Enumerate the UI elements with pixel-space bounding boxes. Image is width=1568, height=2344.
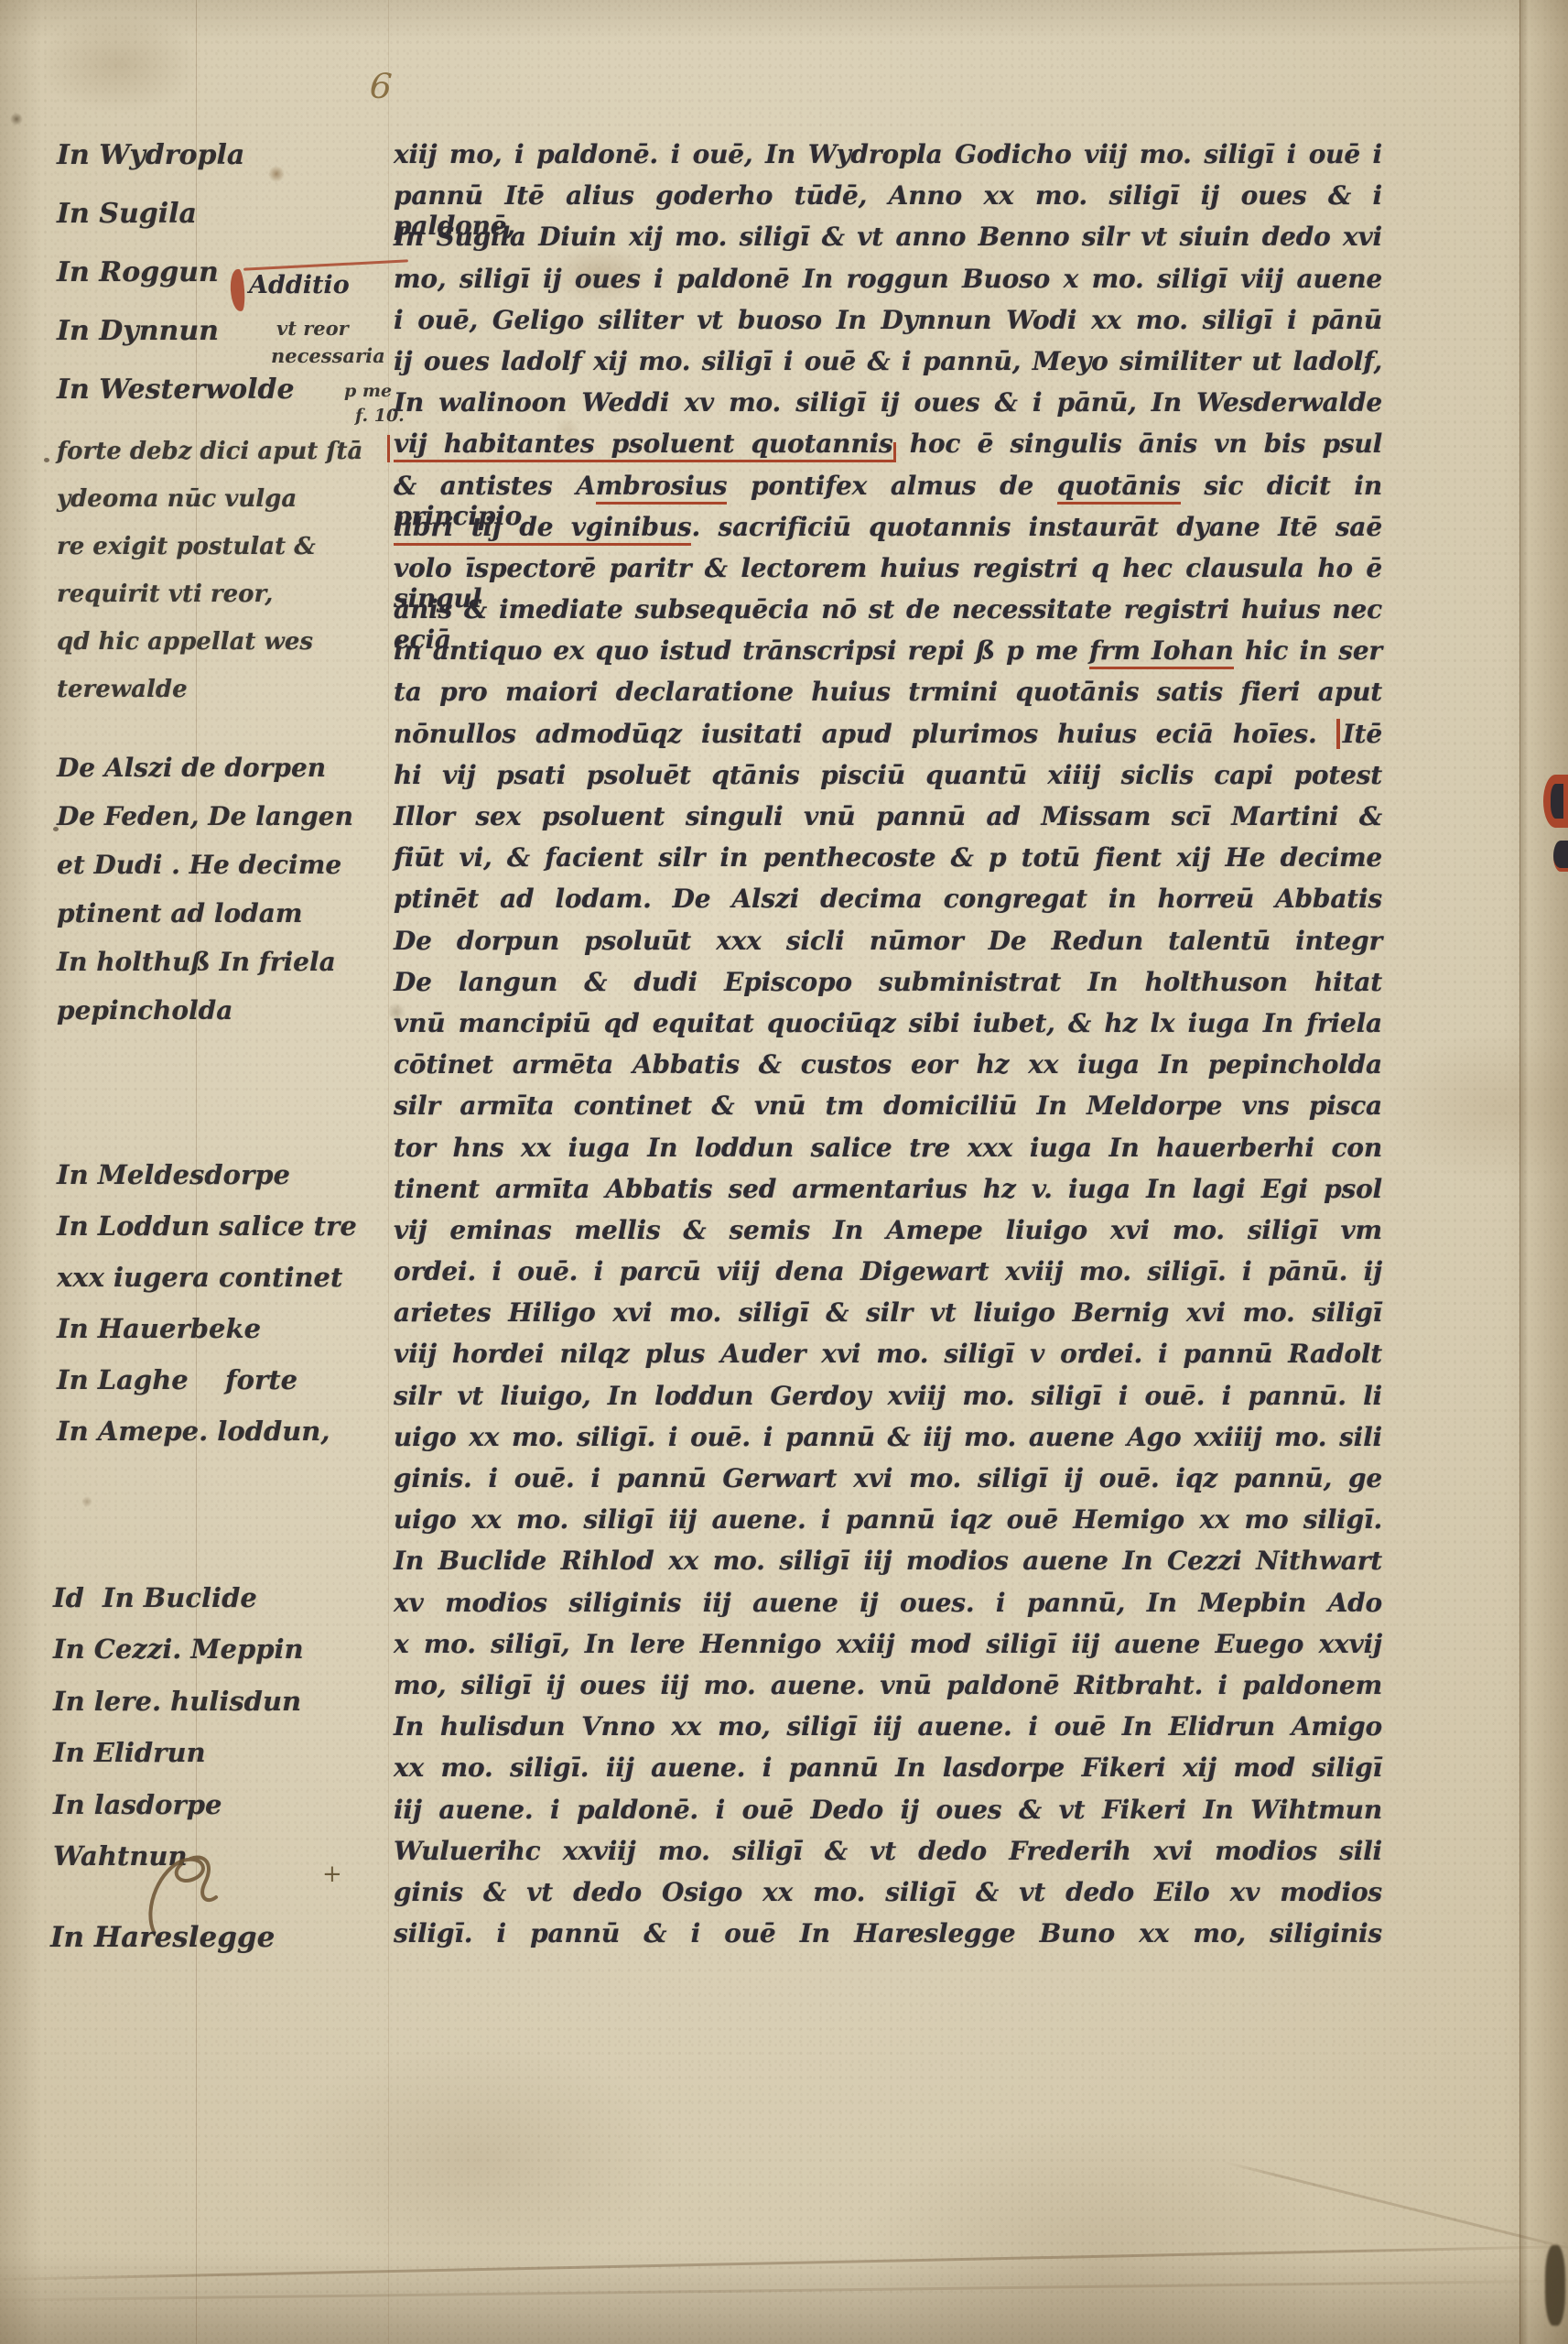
manuscript-line: ordei. i ouē. i parcū viij dena Digewart… [394, 1256, 1382, 1297]
edge-dark-mark [1545, 2245, 1565, 2326]
additio-gloss-line: necessaria [271, 344, 385, 367]
manuscript-line: xv modios siliginis iij auene ij oues. i… [394, 1588, 1382, 1629]
manuscript-line: tinent armīta Abbatis sed armentarius hz… [394, 1174, 1382, 1215]
additio-gloss-line: vt reor [276, 317, 349, 340]
prick-mark [53, 827, 59, 831]
manuscript-line: vij eminas mellis & semis In Amepe liuig… [394, 1215, 1382, 1256]
facing-page-initial-fragment [1553, 841, 1568, 872]
margin-note-line: Id In Buclide [53, 1582, 304, 1633]
margin-note-line: In Cezzi. Meppin [53, 1633, 304, 1685]
manuscript-line-text: hoc ē singulis ānis vn bis psul [893, 429, 1383, 459]
manuscript-line: De dorpun psoluūt xxx sicli nūmor De Red… [394, 926, 1382, 967]
manuscript-line: cōtinet armēta Abbatis & custos eor hz x… [394, 1049, 1382, 1091]
margin-note-line: In Dynnun [57, 315, 295, 374]
margin-note-line: In Westerwolde [57, 374, 295, 432]
manuscript-line: fiūt vi, & facient silr in penthecoste &… [394, 842, 1382, 884]
manuscript-line-text: pontifex almus de [727, 471, 1056, 501]
margin-note-line: In Meldesdorpe [57, 1159, 357, 1210]
manuscript-line: xx mo. siligī. iij auene. i pannū In las… [394, 1753, 1382, 1794]
margin-gloss-line: terewalde [57, 676, 362, 723]
manuscript-line: mo, siligī ij oues i paldonē In roggun B… [394, 264, 1382, 305]
manuscript-line: Wuluerihc xxviij mo. siligī & vt dedo Fr… [394, 1836, 1382, 1877]
margin-note-line: In Laghe forte [57, 1364, 357, 1416]
facing-page-initial-fragment [1543, 775, 1568, 828]
additio-note: Additio [249, 271, 350, 299]
margin-note-block-placenames-mid: In Meldesdorpe In Loddun salice tre xxx … [57, 1159, 357, 1467]
margin-note-line: De Alszi de dorpen [57, 753, 353, 801]
margin-note-line: In lasdorpe [53, 1789, 304, 1840]
manuscript-page: 6 In Wydropla In Sugila In Roggun In Dyn… [0, 0, 1568, 2344]
cross-mark: + [322, 1861, 342, 1888]
margin-note-line: et Dudi . He decime [57, 850, 353, 898]
margin-note-line: In Elidrun [53, 1737, 304, 1788]
margin-note-line: In Sugila [57, 198, 295, 256]
manuscript-line: mo, siligī ij oues iij mo. auene. vnū pa… [394, 1670, 1382, 1711]
manuscript-line: De langun & dudi Episcopo subministrat I… [394, 967, 1382, 1008]
manuscript-line: silr vt liuigo, In loddun Gerdoy xviij m… [394, 1381, 1382, 1422]
manuscript-line: vij habitantes psoluent quotannis hoc ē … [394, 429, 1382, 470]
prick-mark [44, 458, 49, 462]
manuscript-line: x mo. siligī, In lere Hennigo xxiij mod … [394, 1629, 1382, 1670]
manuscript-line: viij hordei nilqz plus Auder xvi mo. sil… [394, 1339, 1382, 1380]
main-text-column: xiij mo, i paldonē. i ouē, In Wydropla G… [394, 139, 1382, 1959]
margin-gloss-line: ydeoma nūc vulga [57, 485, 362, 533]
margin-note-line: xxx iugera continet [57, 1262, 357, 1313]
manuscript-line: In hulisdun Vnno xx mo, siligī iij auene… [394, 1711, 1382, 1753]
margin-note-line: In lere. hulisdun [53, 1686, 304, 1737]
folio-number: 6 [368, 65, 393, 107]
margin-note-line: In Wydropla [57, 139, 295, 198]
margin-gloss-line: qd hic appellat wes [57, 628, 362, 676]
reference-note: p me [344, 381, 392, 401]
margin-gloss-line: requirit vti reor, [57, 581, 362, 628]
manuscript-line: ij oues ladolf xij mo. siligī i ouē & i … [394, 346, 1382, 387]
margin-note-line: In Hareslegge [50, 1921, 275, 1954]
margin-note-line: In Hauerbeke [57, 1313, 357, 1364]
manuscript-line-text: in antiquo ex quo istud trānscripsi repi… [394, 635, 1089, 666]
manuscript-line: ginis. i ouē. i pannū Gerwart xvi mo. si… [394, 1463, 1382, 1504]
margin-gloss-line: re exigit postulat & [57, 533, 362, 581]
manuscript-line: uigo xx mo. siligī iij auene. i pannū iq… [394, 1504, 1382, 1546]
manuscript-line: siligī. i pannū & i ouē In Hareslegge Bu… [394, 1918, 1382, 1959]
manuscript-line: in antiquo ex quo istud trānscripsi repi… [394, 635, 1382, 677]
margin-note-line: In Loddun salice tre [57, 1210, 357, 1262]
manuscript-line: Illor sex psoluent singuli vnū pannū ad … [394, 801, 1382, 842]
rubricated-phrase: frm Iohan [1089, 635, 1234, 669]
manuscript-line: & antistes Ambrosius pontifex almus de q… [394, 471, 1382, 512]
manuscript-line: uigo xx mo. siligī. i ouē. i pannū & iij… [394, 1422, 1382, 1463]
margin-note-block-hareslegge: In Hareslegge [50, 1921, 275, 1954]
margin-gloss-block: forte debz dici aput ſtā ydeoma nūc vulg… [57, 438, 362, 723]
ruling-line [388, 0, 389, 2344]
page-edge-fold [1519, 0, 1568, 2344]
manuscript-line: volo īspectorē paritr & lectorem huius r… [394, 553, 1382, 594]
manuscript-line: nōnullos admodūqz iusitati apud plurimos… [394, 719, 1382, 760]
margin-note-line: De Feden, De langen [57, 801, 353, 850]
manuscript-line: vnū mancipiū qd equitat quociūqz sibi iu… [394, 1008, 1382, 1049]
margin-note-line: In holthuß In friela [57, 947, 353, 995]
manuscript-line-text: & antistes A [394, 471, 596, 501]
rubricated-phrase: libri tij de vginibus [394, 512, 691, 546]
manuscript-line: In Sugila Diuin xij mo. siligī & vt anno… [394, 222, 1382, 263]
fold-crease [0, 2245, 1568, 2282]
manuscript-line-text: hic in ser [1234, 635, 1382, 666]
fold-crease [0, 2279, 1568, 2302]
manuscript-line: xiij mo, i paldonē. i ouē, In Wydropla G… [394, 139, 1382, 180]
manuscript-line: In Buclide Rihlod xx mo. siligī iij modi… [394, 1546, 1382, 1587]
manuscript-line-text: . sacrificiū quotannis instaurāt dyane I… [691, 512, 1382, 542]
manuscript-line: libri tij de vginibus. sacrificiū quotan… [394, 512, 1382, 553]
rubricated-phrase: mbrosius [596, 471, 728, 505]
margin-gloss-line: forte debz dici aput ſtā [57, 438, 362, 485]
manuscript-line: ginis & vt dedo Osigo xx mo. siligī & vt… [394, 1877, 1382, 1918]
manuscript-line: arietes Hiligo xvi mo. siligī & silr vt … [394, 1297, 1382, 1339]
manuscript-line: i ouē, Geligo siliter vt buoso In Dynnun… [394, 305, 1382, 346]
rubricated-phrase: quotānis [1057, 471, 1181, 505]
margin-note-line: In Amepe. loddun, [57, 1416, 357, 1467]
manuscript-line: iij auene. i paldonē. i ouē Dedo ij oues… [394, 1795, 1382, 1836]
manuscript-line: In walinoon Weddi xv mo. siligī ij oues … [394, 387, 1382, 429]
margin-note-block-decime: De Alszi de dorpen De Feden, De langen e… [57, 753, 353, 1044]
margin-note-line: ptinent ad lodam [57, 898, 353, 947]
manuscript-line: pannū Itē alius goderho tūdē, Anno xx mo… [394, 180, 1382, 222]
facing-page-initial-ink [1551, 784, 1563, 819]
rubricated-initial-word: Itē [1336, 719, 1382, 749]
manuscript-line: tor hns xx iuga In loddun salice tre xxx… [394, 1133, 1382, 1174]
margin-note-line: pepincholda [57, 995, 353, 1044]
manuscript-line: hi vij psati psoluēt qtānis pisciū quant… [394, 760, 1382, 801]
manuscript-line: ānis & imediate subsequēcia nō st de nec… [394, 594, 1382, 635]
rubricated-phrase: vij habitantes psoluent quotannis [394, 429, 893, 462]
manuscript-line: silr armīta continet & vnū tm domiciliū … [394, 1091, 1382, 1132]
manuscript-line: ta pro maiori declaratione huius trmini … [394, 677, 1382, 718]
margin-note-block-placenames-lower: Id In Buclide In Cezzi. Meppin In lere. … [53, 1582, 304, 1892]
fold-crease [1223, 2161, 1568, 2252]
manuscript-line: ptinēt ad lodam. De Alszi decima congreg… [394, 884, 1382, 925]
manuscript-line-text: nōnullos admodūqz iusitati apud plurimos… [394, 719, 1336, 749]
